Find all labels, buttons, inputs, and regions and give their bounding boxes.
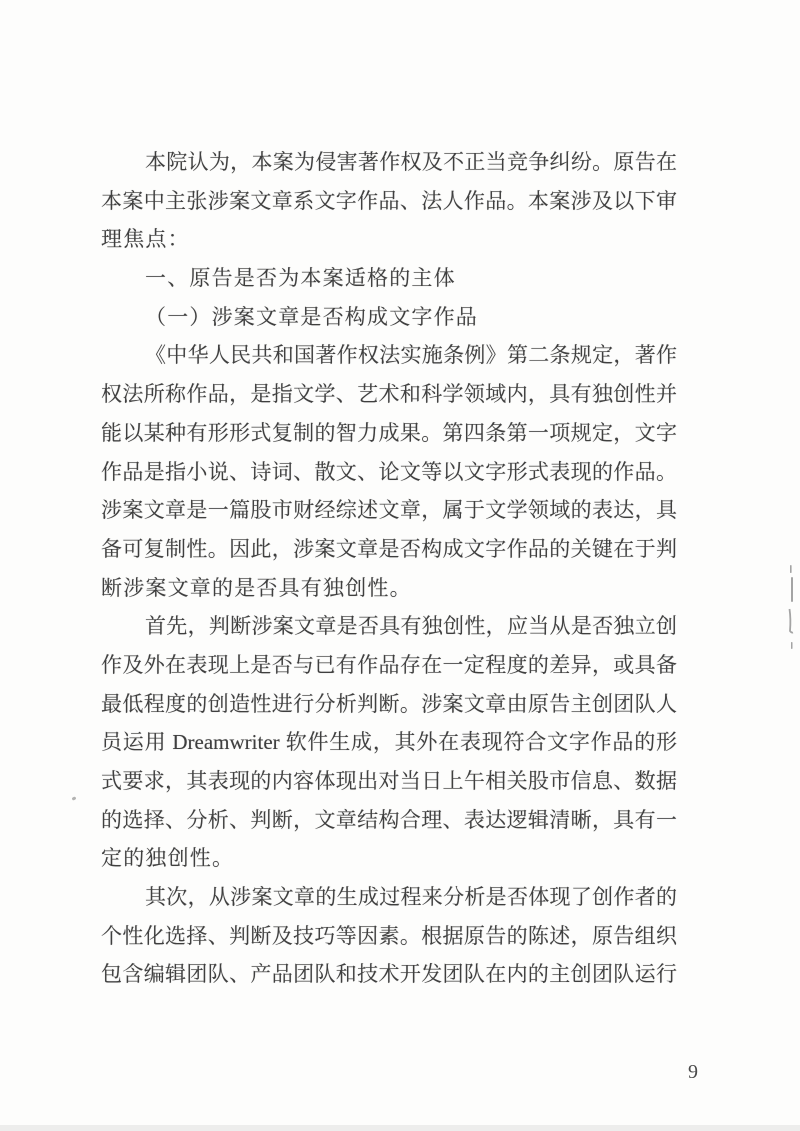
text-line: 本案中主张涉案文章系文字作品、法人作品。本案涉及以下审 <box>101 182 677 221</box>
text-line: 作及外在表现上是否与已有作品存在一定程度的差异，或具备 <box>101 646 677 685</box>
scanner-bottom-edge <box>0 1125 800 1131</box>
text-line: 能以某种有形形式复制的智力成果。第四条第一项规定，文字 <box>101 414 677 453</box>
text-line: 备可复制性。因此，涉案文章是否构成文字作品的关键在于判 <box>101 530 677 569</box>
text-line: 其次，从涉案文章的生成过程来分析是否体现了创作者的 <box>101 878 677 917</box>
text-line: （一）涉案文章是否构成文字作品 <box>101 298 677 337</box>
text-line: 作品是指小说、诗词、散文、论文等以文字形式表现的作品。 <box>101 453 677 492</box>
text-line: 的选择、分析、判断，文章结构合理、表达逻辑清晰，具有一 <box>101 801 677 840</box>
page-edge-handwriting-marks <box>785 558 797 654</box>
text-line: 理焦点： <box>101 220 677 259</box>
page-number: 9 <box>678 1060 708 1084</box>
text-line: 最低程度的创造性进行分析判断。涉案文章由原告主创团队人 <box>101 685 677 724</box>
text-line: 式要求，其表现的内容体现出对当日上午相关股市信息、数据 <box>101 762 677 801</box>
text-line: 首先，判断涉案文章是否具有独创性，应当从是否独立创 <box>101 607 677 646</box>
judgment-body-text: 本院认为，本案为侵害著作权及不正当竞争纠纷。原告在本案中主张涉案文章系文字作品、… <box>101 143 677 994</box>
text-line: 断涉案文章的是否具有独创性。 <box>101 569 677 608</box>
text-line: 权法所称作品，是指文学、艺术和科学领域内，具有独创性并 <box>101 375 677 414</box>
text-line: 定的独创性。 <box>101 839 677 878</box>
text-line: 《中华人民共和国著作权法实施条例》第二条规定，著作 <box>101 336 677 375</box>
text-line: 包含编辑团队、产品团队和技术开发团队在内的主创团队运行 <box>101 955 677 994</box>
scan-speck-artifact <box>72 796 77 800</box>
text-line: 本院认为，本案为侵害著作权及不正当竞争纠纷。原告在 <box>101 143 677 182</box>
scanned-document-page: 本院认为，本案为侵害著作权及不正当竞争纠纷。原告在本案中主张涉案文章系文字作品、… <box>0 0 800 1131</box>
text-line: 一、原告是否为本案适格的主体 <box>101 259 677 298</box>
text-line: 涉案文章是一篇股市财经综述文章，属于文学领域的表达，具 <box>101 491 677 530</box>
text-line: 员运用 Dreamwriter 软件生成，其外在表现符合文字作品的形 <box>101 723 677 762</box>
text-line: 个性化选择、判断及技巧等因素。根据原告的陈述，原告组织 <box>101 917 677 956</box>
